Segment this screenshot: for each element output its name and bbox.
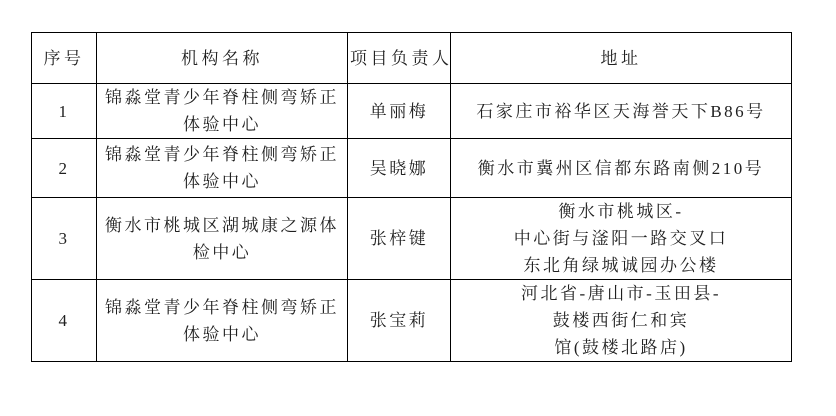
- cell-org: 锦淼堂青少年脊柱侧弯矫正 体验中心: [97, 139, 348, 198]
- institutions-table: 序号 机构名称 项目负责人 地址 1 锦淼堂青少年脊柱侧弯矫正 体验中心 单丽梅…: [31, 32, 792, 362]
- table-header-row: 序号 机构名称 项目负责人 地址: [32, 33, 792, 84]
- cell-leader: 张梓键: [348, 198, 451, 280]
- cell-address: 河北省-唐山市-玉田县-鼓楼西街仁和宾 馆(鼓楼北路店): [451, 280, 792, 362]
- cell-index: 1: [32, 84, 97, 139]
- cell-leader: 单丽梅: [348, 84, 451, 139]
- cell-index: 2: [32, 139, 97, 198]
- header-cell-index: 序号: [32, 33, 97, 84]
- table-row: 1 锦淼堂青少年脊柱侧弯矫正 体验中心 单丽梅 石家庄市裕华区天海誉天下B86号: [32, 84, 792, 139]
- cell-address: 衡水市桃城区-中心街与滏阳一路交叉口 东北角绿城诚园办公楼: [451, 198, 792, 280]
- cell-leader: 吴晓娜: [348, 139, 451, 198]
- cell-index: 4: [32, 280, 97, 362]
- cell-org: 锦淼堂青少年脊柱侧弯矫正 体验中心: [97, 280, 348, 362]
- cell-org: 衡水市桃城区湖城康之源体 检中心: [97, 198, 348, 280]
- document-page: 序号 机构名称 项目负责人 地址 1 锦淼堂青少年脊柱侧弯矫正 体验中心 单丽梅…: [0, 0, 836, 416]
- header-cell-org: 机构名称: [97, 33, 348, 84]
- cell-address: 石家庄市裕华区天海誉天下B86号: [451, 84, 792, 139]
- header-cell-address: 地址: [451, 33, 792, 84]
- cell-leader: 张宝莉: [348, 280, 451, 362]
- header-cell-leader: 项目负责人: [348, 33, 451, 84]
- table-row: 3 衡水市桃城区湖城康之源体 检中心 张梓键 衡水市桃城区-中心街与滏阳一路交叉…: [32, 198, 792, 280]
- cell-index: 3: [32, 198, 97, 280]
- table-row: 4 锦淼堂青少年脊柱侧弯矫正 体验中心 张宝莉 河北省-唐山市-玉田县-鼓楼西街…: [32, 280, 792, 362]
- table-row: 2 锦淼堂青少年脊柱侧弯矫正 体验中心 吴晓娜 衡水市冀州区信都东路南侧210号: [32, 139, 792, 198]
- cell-org: 锦淼堂青少年脊柱侧弯矫正 体验中心: [97, 84, 348, 139]
- cell-address: 衡水市冀州区信都东路南侧210号: [451, 139, 792, 198]
